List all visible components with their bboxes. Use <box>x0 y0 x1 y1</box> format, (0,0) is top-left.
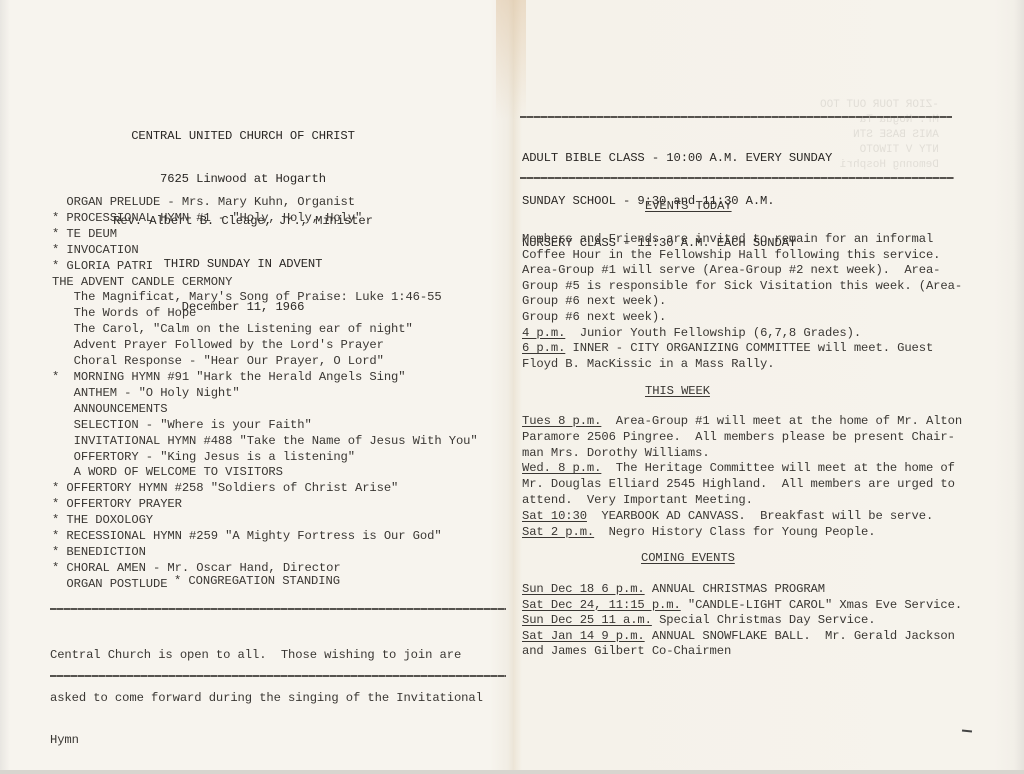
worship-item: ANTHEM - "O Holy Night" <box>52 386 478 402</box>
event-text: and James Gilbert Co-Chairmen <box>522 644 731 658</box>
event-time: Sat Jan 14 9 p.m. <box>522 629 645 643</box>
event-time: 4 p.m. <box>522 326 565 340</box>
event-text: Mr. Douglas Elliard 2545 Highland. All m… <box>522 477 955 491</box>
bleed-through-text: -ZIOR TOUR OUT TOO Mr. Nogua Ta ANIS BAS… <box>820 98 939 173</box>
event-line: Wed. 8 p.m. The Heritage Committee will … <box>522 461 962 477</box>
worship-item: * RECESSIONAL HYMN #259 "A Mighty Fortre… <box>52 529 478 545</box>
event-line: 6 p.m. INNER - CITY ORGANIZING COMMITTEE… <box>522 341 962 357</box>
section-title-this-week: THIS WEEK <box>645 385 710 399</box>
worship-item: * THE DOXOLOGY <box>52 513 478 529</box>
worship-item: * MORNING HYMN #91 "Hark the Herald Ange… <box>52 370 478 386</box>
event-line: Sat 10:30 YEARBOOK AD CANVASS. Breakfast… <box>522 509 962 525</box>
worship-item: OFFERTORY - "King Jesus is a listening" <box>52 450 478 466</box>
standing-note: * CONGREGATION STANDING <box>174 575 340 589</box>
worship-item: * GLORIA PATRI <box>52 259 478 275</box>
join-note-line: asked to come forward during the singing… <box>50 691 483 706</box>
event-time: 6 p.m. <box>522 341 565 355</box>
events-today-line: Coffee Hour in the Fellowship Hall follo… <box>522 248 962 264</box>
order-of-worship: ORGAN PRELUDE - Mrs. Mary Kuhn, Organist… <box>52 195 478 593</box>
event-text: Special Christmas Day Service. <box>652 613 876 627</box>
coming-events: Sun Dec 18 6 p.m. ANNUAL CHRISTMAS PROGR… <box>522 582 962 660</box>
event-text: The Heritage Committee will meet at the … <box>601 461 954 475</box>
worship-item: Advent Prayer Followed by the Lord's Pra… <box>52 338 478 354</box>
event-line: attend. Very Important Meeting. <box>522 493 962 509</box>
event-text: ANNUAL SNOWFLAKE BALL. Mr. Gerald Jackso… <box>645 629 955 643</box>
church-name: CENTRAL UNITED CHURCH OF CHRIST <box>108 129 378 144</box>
section-title-coming-events: COMING EVENTS <box>641 552 735 566</box>
worship-item: * OFFERTORY HYMN #258 "Soldiers of Chris… <box>52 481 478 497</box>
worship-item: The Carol, "Calm on the Listening ear of… <box>52 322 478 338</box>
event-text: Floyd B. MacKissic in a Mass Rally. <box>522 357 774 371</box>
event-time: Sat 10:30 <box>522 509 587 523</box>
event-line: Tues 8 p.m. Area-Group #1 will meet at t… <box>522 414 962 430</box>
join-note-line: Central Church is open to all. Those wis… <box>50 648 483 663</box>
worship-item: * PROCESSIONAL HYMN #1 - "Holy, Holy, Ho… <box>52 211 478 227</box>
class-line: ADULT BIBLE CLASS - 10:00 A.M. EVERY SUN… <box>522 151 832 166</box>
event-text: Area-Group #1 will meet at the home of M… <box>601 414 962 428</box>
divider-rule <box>50 675 506 677</box>
events-today-line: Area-Group #1 will serve (Area-Group #2 … <box>522 263 962 279</box>
event-line: Sun Dec 18 6 p.m. ANNUAL CHRISTMAS PROGR… <box>522 582 962 598</box>
event-text: Paramore 2506 Pingree. All members pleas… <box>522 430 955 444</box>
divider-rule <box>50 608 506 610</box>
divider-rule <box>520 116 952 118</box>
join-note: Central Church is open to all. Those wis… <box>50 621 483 762</box>
worship-item: * BENEDICTION <box>52 545 478 561</box>
event-line: Sat 2 p.m. Negro History Class for Young… <box>522 525 962 541</box>
section-title-events-today: EVENTS TODAY <box>645 200 732 214</box>
event-line: Mr. Douglas Elliard 2545 Highland. All m… <box>522 477 962 493</box>
events-today-line: Group #5 is responsible for Sick Visitat… <box>522 279 962 295</box>
event-text: attend. Very Important Meeting. <box>522 493 753 507</box>
events-today-line: Members and Friends are invited to remai… <box>522 232 962 248</box>
worship-item: * TE DEUM <box>52 227 478 243</box>
worship-item: INVITATIONAL HYMN #488 "Take the Name of… <box>52 434 478 450</box>
worship-item: Choral Response - "Hear Our Prayer, O Lo… <box>52 354 478 370</box>
event-time: Sun Dec 25 11 a.m. <box>522 613 652 627</box>
event-text: YEARBOOK AD CANVASS. Breakfast will be s… <box>587 509 933 523</box>
event-line: Sat Jan 14 9 p.m. ANNUAL SNOWFLAKE BALL.… <box>522 629 962 645</box>
event-line: Floyd B. MacKissic in a Mass Rally. <box>522 357 962 373</box>
worship-item: ANNOUNCEMENTS <box>52 402 478 418</box>
event-line: 4 p.m. Junior Youth Fellowship (6,7,8 Gr… <box>522 326 962 342</box>
divider-rule <box>520 177 954 179</box>
event-text: Junior Youth Fellowship (6,7,8 Grades). <box>565 326 861 340</box>
worship-item: The Magnificat, Mary's Song of Praise: L… <box>52 290 478 306</box>
event-text: ANNUAL CHRISTMAS PROGRAM <box>645 582 825 596</box>
event-time: Sat Dec 24, 11:15 p.m. <box>522 598 681 612</box>
worship-item: THE ADVENT CANDLE CERMONY <box>52 275 478 291</box>
event-line: Paramore 2506 Pingree. All members pleas… <box>522 430 962 446</box>
event-line: man Mrs. Dorothy Williams. <box>522 446 962 462</box>
event-text: "CANDLE-LIGHT CAROL" Xmas Eve Service. <box>681 598 962 612</box>
worship-item: A WORD OF WELCOME TO VISITORS <box>52 465 478 481</box>
event-text: Negro History Class for Young People. <box>594 525 875 539</box>
church-address: 7625 Linwood at Hogarth <box>108 172 378 187</box>
event-text: man Mrs. Dorothy Williams. <box>522 446 710 460</box>
worship-item: * OFFERTORY PRAYER <box>52 497 478 513</box>
event-time: Tues 8 p.m. <box>522 414 601 428</box>
events-today: Members and Friends are invited to remai… <box>522 232 962 372</box>
worship-item: ORGAN PRELUDE - Mrs. Mary Kuhn, Organist <box>52 195 478 211</box>
event-text: INNER - CITY ORGANIZING COMMITTEE will m… <box>565 341 933 355</box>
paper-edge <box>0 770 1024 774</box>
this-week: Tues 8 p.m. Area-Group #1 will meet at t… <box>522 414 962 540</box>
events-today-line: Group #6 next week). <box>522 310 962 326</box>
event-time: Wed. 8 p.m. <box>522 461 601 475</box>
events-today-line: Group #6 next week). <box>522 294 962 310</box>
worship-item: The Words of Hope <box>52 306 478 322</box>
worship-item: * INVOCATION <box>52 243 478 259</box>
event-time: Sat 2 p.m. <box>522 525 594 539</box>
join-note-line: Hymn <box>50 733 483 748</box>
worship-item: SELECTION - "Where is your Faith" <box>52 418 478 434</box>
event-line: and James Gilbert Co-Chairmen <box>522 644 962 660</box>
event-line: Sun Dec 25 11 a.m. Special Christmas Day… <box>522 613 962 629</box>
event-time: Sun Dec 18 6 p.m. <box>522 582 645 596</box>
event-line: Sat Dec 24, 11:15 p.m. "CANDLE-LIGHT CAR… <box>522 598 962 614</box>
